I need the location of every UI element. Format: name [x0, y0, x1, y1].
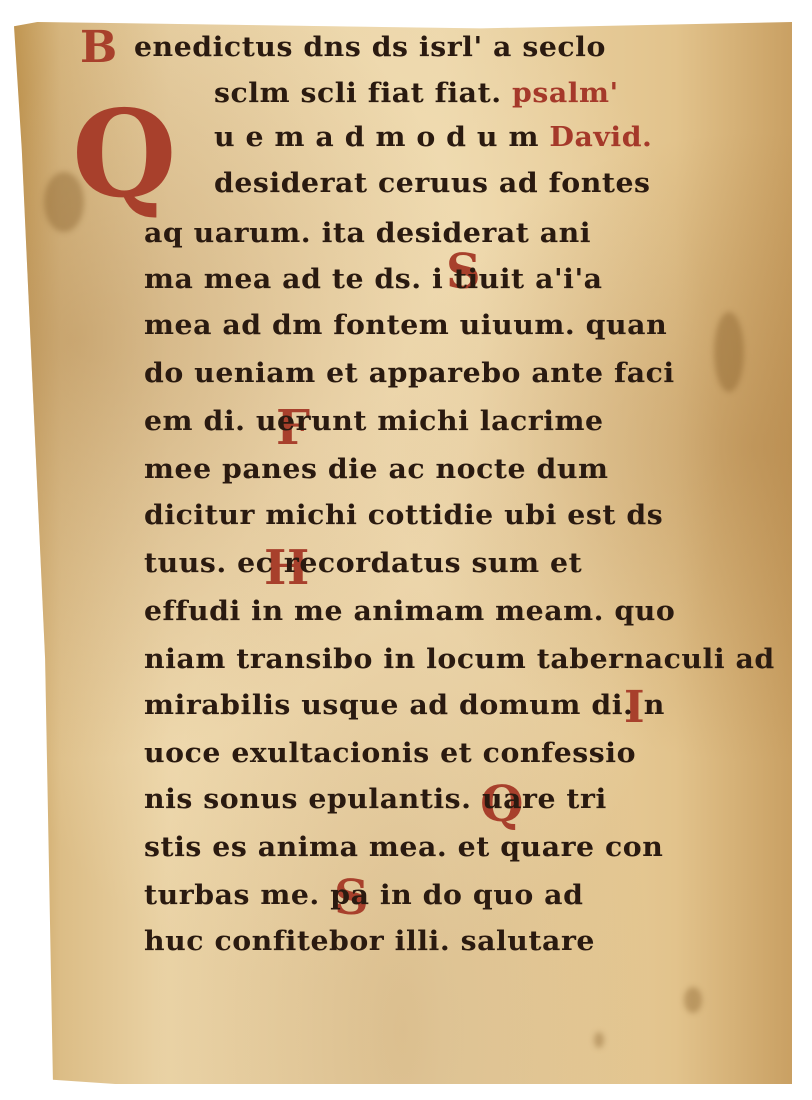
- text-line: mea ad dm fontem uiuum. quan: [144, 310, 667, 341]
- text-line: em di. uerunt michi lacrime: [144, 406, 604, 437]
- text-line: do ueniam et apparebo ante faci: [144, 358, 675, 389]
- text-line: tuus. ec recordatus sum et: [144, 548, 582, 579]
- text-line: effudi in me animam meam. quo: [144, 596, 675, 627]
- text-line: desiderat ceruus ad fontes: [214, 168, 651, 199]
- text-line: nis sonus epulantis. uare tri: [144, 784, 607, 815]
- rubric: David.: [549, 122, 652, 153]
- initial-q-large: Q: [72, 84, 177, 225]
- text-line: aq uarum. ita desiderat ani: [144, 218, 591, 249]
- text-line: uoce exultacionis et confessio: [144, 738, 636, 769]
- text-line: enedictus dns ds isrl' a seclo: [134, 32, 606, 63]
- manuscript-leaf: B enedictus dns ds isrl' a seclo sclm sc…: [14, 22, 792, 1084]
- text-line: u e m a d m o d u m David.: [214, 122, 652, 153]
- text-line: turbas me. pa in do quo ad: [144, 880, 583, 911]
- text-line: dicitur michi cottidie ubi est ds: [144, 500, 663, 531]
- text-line: huc confitebor illi. salutare: [144, 926, 595, 957]
- text-line: mirabilis usque ad domum di. n: [144, 690, 665, 721]
- initial-b: B: [80, 22, 117, 73]
- text-block: B enedictus dns ds isrl' a seclo sclm sc…: [14, 22, 792, 1084]
- text-line: ma mea ad te ds. i tiuit a'i'a: [144, 264, 603, 295]
- text-line: niam transibo in locum tabernaculi ad: [144, 644, 775, 675]
- rubric: psalm': [512, 78, 619, 109]
- text-line: stis es anima mea. et quare con: [144, 832, 663, 863]
- text-line: mee panes die ac nocte dum: [144, 454, 608, 485]
- text-line: sclm scli fiat fiat. psalm': [214, 78, 619, 109]
